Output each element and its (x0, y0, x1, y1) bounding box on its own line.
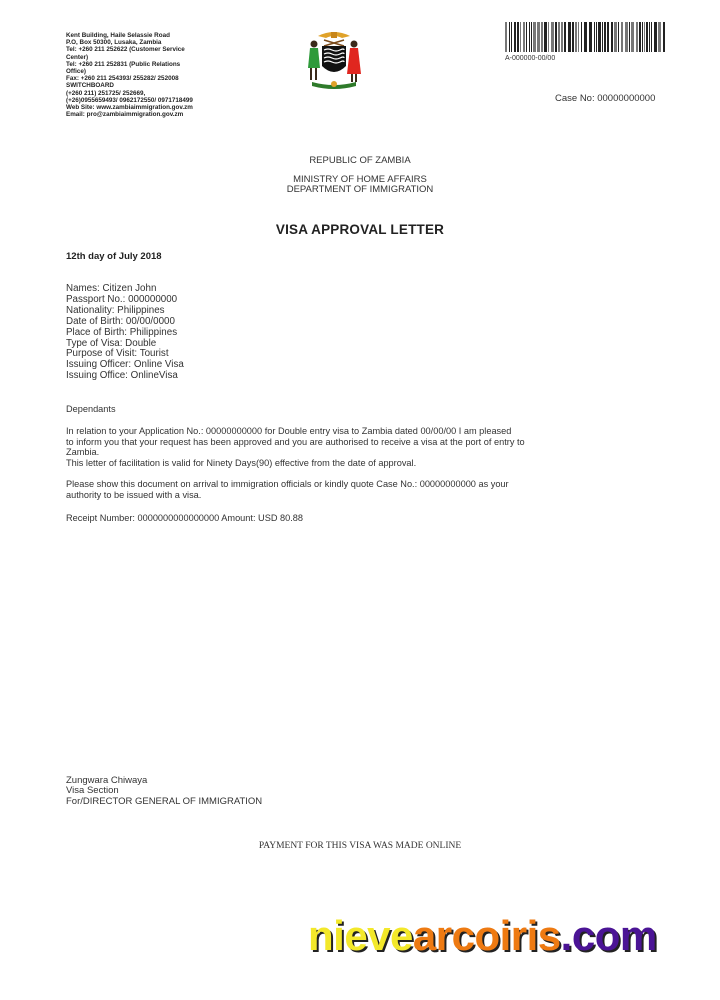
contact-line: (+26)0955659493/ 0962172550/ 0971718499 (66, 97, 226, 104)
receipt-info: Receipt Number: 0000000000000000 Amount:… (66, 513, 566, 524)
contact-line: Tel: +260 211 252622 (Customer Service (66, 46, 226, 53)
ministry-heading: MINISTRY OF HOME AFFAIRS DEPARTMENT OF I… (0, 175, 720, 195)
watermark-part-1: nieve (308, 912, 413, 959)
contact-line: Tel: +260 211 252831 (Public Relations (66, 61, 226, 68)
case-number: Case No: 00000000000 (555, 93, 655, 104)
contact-line: Fax: +260 211 254393/ 255282/ 252008 (66, 75, 226, 82)
payment-note: PAYMENT FOR THIS VISA WAS MADE ONLINE (0, 841, 720, 851)
watermark-logo: nievearcoiris.com (308, 912, 657, 960)
paragraph-line: In relation to your Application No.: 000… (66, 426, 566, 437)
signature-block: Zungwara Chiwaya Visa Section For/DIRECT… (66, 776, 262, 807)
detail-office: Issuing Office: OnlineVisa (66, 371, 184, 382)
barcode-number: A-000000-00/00 (505, 55, 555, 62)
approval-paragraph: In relation to your Application No.: 000… (66, 426, 566, 468)
barcode (505, 22, 665, 52)
letter-date: 12th day of July 2018 (66, 251, 162, 262)
zambia-coat-of-arms-icon (304, 26, 364, 92)
contact-line: Email: pro@zambiaimmigration.gov.zm (66, 111, 226, 118)
contact-line: (+260 211) 251725/ 252669, (66, 90, 226, 97)
dependants-label: Dependants (66, 404, 566, 415)
paragraph-line: authority to be issued with a visa. (66, 490, 566, 501)
contact-line: Office) (66, 68, 226, 75)
watermark-part-3: .com (561, 912, 657, 959)
paragraph-line: This letter of facilitation is valid for… (66, 458, 566, 469)
paragraph-line: Please show this document on arrival to … (66, 479, 566, 490)
instruction-paragraph: Please show this document on arrival to … (66, 479, 566, 500)
contact-line: Web Site: www.zambiaimmigration.gov.zm (66, 104, 226, 111)
applicant-details: Names: Citizen John Passport No.: 000000… (66, 284, 184, 382)
contact-line: P.O, Box 50300, Lusaka, Zambia (66, 39, 226, 46)
contact-line: SWITCHBOARD (66, 82, 226, 89)
detail-pob: Place of Birth: Philippines (66, 328, 184, 339)
signatory-title: For/DIRECTOR GENERAL OF IMMIGRATION (66, 797, 262, 807)
contact-info: Kent Building, Haile Selassie Road P.O, … (66, 32, 226, 118)
contact-line: Center) (66, 54, 226, 61)
letter-title: VISA APPROVAL LETTER (0, 222, 720, 237)
watermark-part-2: arcoiris (413, 912, 561, 959)
republic-heading: REPUBLIC OF ZAMBIA (0, 155, 720, 166)
paragraph-line: Zambia. (66, 447, 566, 458)
paragraph-line: to inform you that your request has been… (66, 437, 566, 448)
department-name: DEPARTMENT OF IMMIGRATION (0, 185, 720, 195)
detail-dob: Date of Birth: 00/00/0000 (66, 317, 184, 328)
contact-line: Kent Building, Haile Selassie Road (66, 32, 226, 39)
